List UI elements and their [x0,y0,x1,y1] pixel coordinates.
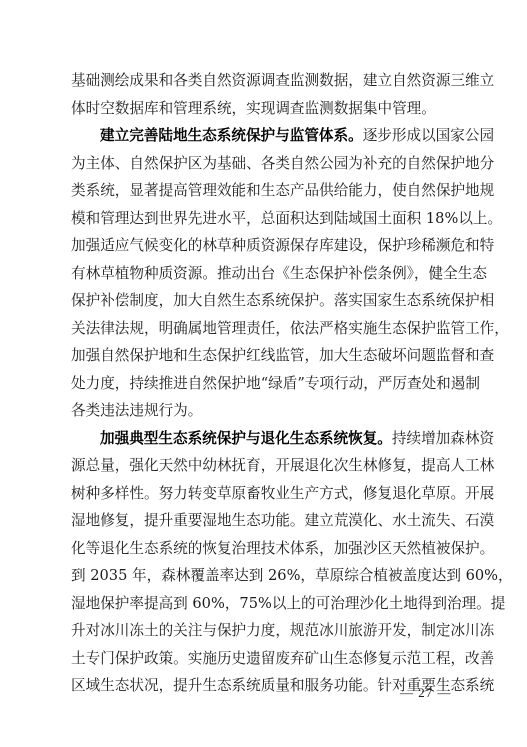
document-page: 基础测绘成果和各类自然资源调查监测数据，建立自然资源三维立 体时空数据库和管理系… [71,67,459,700]
text-line: 类系统，显著提高管理效能和生态产品供给能力，使自然保护地规 [71,177,459,205]
text-line: 基础测绘成果和各类自然资源调查监测数据，建立自然资源三维立 [71,67,459,95]
paragraph-heading: 建立完善陆地生态系统保护与监管体系。 [100,127,363,144]
text-line: 关法律法规，明确属地管理责任，依法严格实施生态保护监管工作， [71,315,459,343]
text-run: 逐步形成以国家公园 [363,127,494,144]
text-line: 体时空数据库和管理系统，实现调查监测数据集中管理。 [71,95,459,123]
paragraph-heading: 加强典型生态系统保护与退化生态系统恢复。 [100,430,392,447]
text-line: 湿地保护率提高到 60%，75%以上的可治理沙化土地得到治理。提 [71,590,459,618]
text-line: 化等退化生态系统的恢复治理技术体系，加强沙区天然植被保护。 [71,535,459,563]
paragraph-first-line: 加强典型生态系统保护与退化生态系统恢复。持续增加森林资 [71,425,459,453]
text-line: 有林草植物种质资源。推动出台《生态保护补偿条例》，健全生态 [71,260,459,288]
text-line: 源总量，强化天然中幼林抚育，开展退化次生林修复，提高人工林 [71,452,459,480]
text-line: 加强适应气候变化的林草种质资源保存库建设，保护珍稀濒危和特 [71,232,459,260]
page-number: — 27 — [400,685,452,701]
text-line: 湿地修复，提升重要湿地生态功能。建立荒漠化、水土流失、石漠 [71,507,459,535]
text-line: 树种多样性。努力转变草原畜牧业生产方式，修复退化草原。开展 [71,480,459,508]
text-line: 处力度，持续推进自然保护地“绿盾”专项行动，严厉查处和遏制 [71,370,459,398]
text-run: 持续增加森林资 [392,430,494,447]
text-line: 模和管理达到世界先进水平，总面积达到陆域国土面积 18%以上。 [71,205,459,233]
text-line: 保护补偿制度，加大自然生态系统保护。落实国家生态系统保护相 [71,287,459,315]
text-line: 各类违法违规行为。 [71,397,459,425]
text-line: 为主体、自然保护区为基础、各类自然公园为补充的自然保护地分 [71,150,459,178]
text-line: 到 2035 年，森林覆盖率达到 26%，草原综合植被盖度达到 60%， [71,562,459,590]
text-line: 升对冰川冻土的关注与保护力度，规范冰川旅游开发，制定冰川冻 [71,617,459,645]
text-line: 加强自然保护地和生态保护红线监管，加大生态破坏问题监督和查 [71,342,459,370]
text-line: 土专门保护政策。实施历史遗留废弃矿山生态修复示范工程，改善 [71,645,459,673]
paragraph-first-line: 建立完善陆地生态系统保护与监管体系。逐步形成以国家公园 [71,122,459,150]
